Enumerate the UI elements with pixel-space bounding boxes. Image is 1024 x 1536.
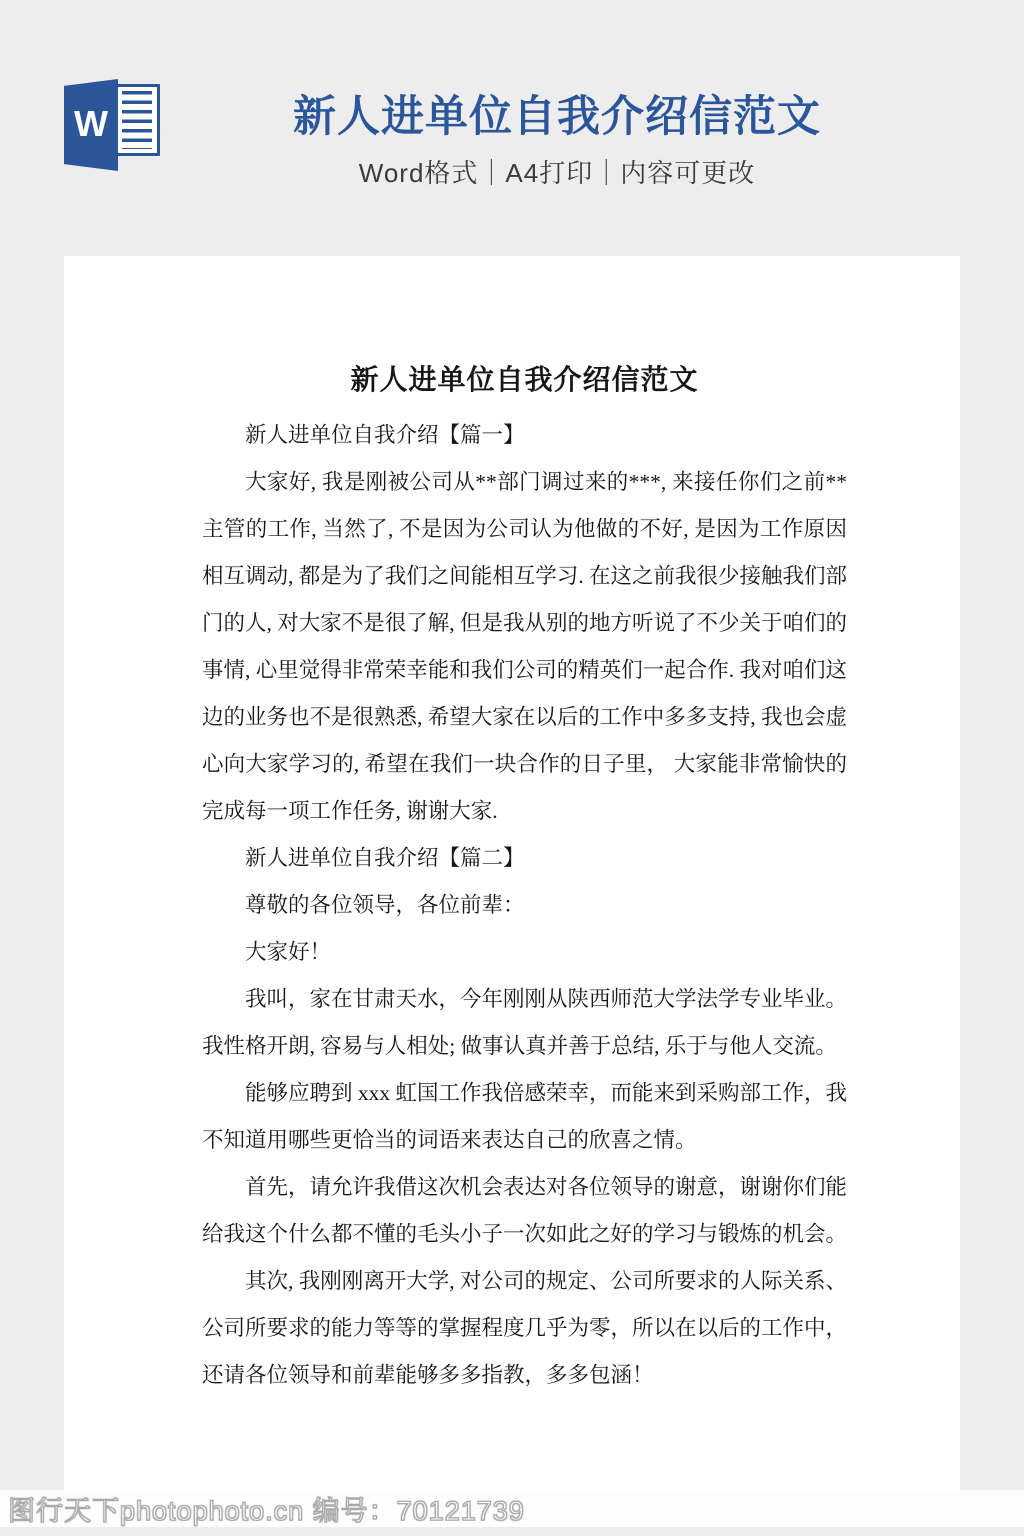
template-subtitle: Word格式｜A4打印｜内容可更改 <box>90 153 1024 190</box>
paragraph: 首先，请允许我借这次机会表达对各位领导的谢意，谢谢你们能给我这个什么都不懂的毛头… <box>202 1164 847 1258</box>
paragraph: 大家好！ <box>202 929 847 976</box>
paragraph: 新人进单位自我介绍【篇一】 <box>202 412 847 459</box>
template-title: 新人进单位自我介绍信范文 <box>90 94 1024 141</box>
paragraph: 大家好, 我是刚被公司从**部门调过来的***, 来接任你们之前**主管的工作,… <box>202 459 847 835</box>
watermark-text: 图行天下photophoto.cn 编号：70121739 <box>8 1489 525 1528</box>
paragraph: 其次, 我刚刚离开大学, 对公司的规定、公司所要求的人际关系、公司所要求的能力等… <box>202 1258 847 1399</box>
document-page: 新人进单位自我介绍信范文 新人进单位自我介绍【篇一】大家好, 我是刚被公司从**… <box>64 256 960 1490</box>
paragraph: 新人进单位自我介绍【篇二】 <box>202 835 847 882</box>
document-body: 新人进单位自我介绍【篇一】大家好, 我是刚被公司从**部门调过来的***, 来接… <box>202 412 847 1399</box>
site-header: W 新人进单位自我介绍信范文 Word格式｜A4打印｜内容可更改 <box>0 0 1024 256</box>
document-title: 新人进单位自我介绍信范文 <box>202 362 847 398</box>
paragraph: 尊敬的各位领导，各位前辈： <box>202 882 847 929</box>
page-canvas: W 新人进单位自我介绍信范文 Word格式｜A4打印｜内容可更改 新人进单位自我… <box>0 0 1024 1536</box>
paragraph: 我叫，家在甘肃天水，今年刚刚从陕西师范大学法学专业毕业。我性格开朗, 容易与人相… <box>202 976 847 1070</box>
paragraph: 能够应聘到 xxx 虹国工作我倍感荣幸，而能来到采购部工作，我不知道用哪些更恰当… <box>202 1070 847 1164</box>
watermark-bar: 图行天下photophoto.cn 编号：70121739 <box>0 1490 1024 1527</box>
header-text-block: 新人进单位自我介绍信范文 Word格式｜A4打印｜内容可更改 <box>0 0 1024 190</box>
bottom-strip <box>0 1527 1024 1536</box>
